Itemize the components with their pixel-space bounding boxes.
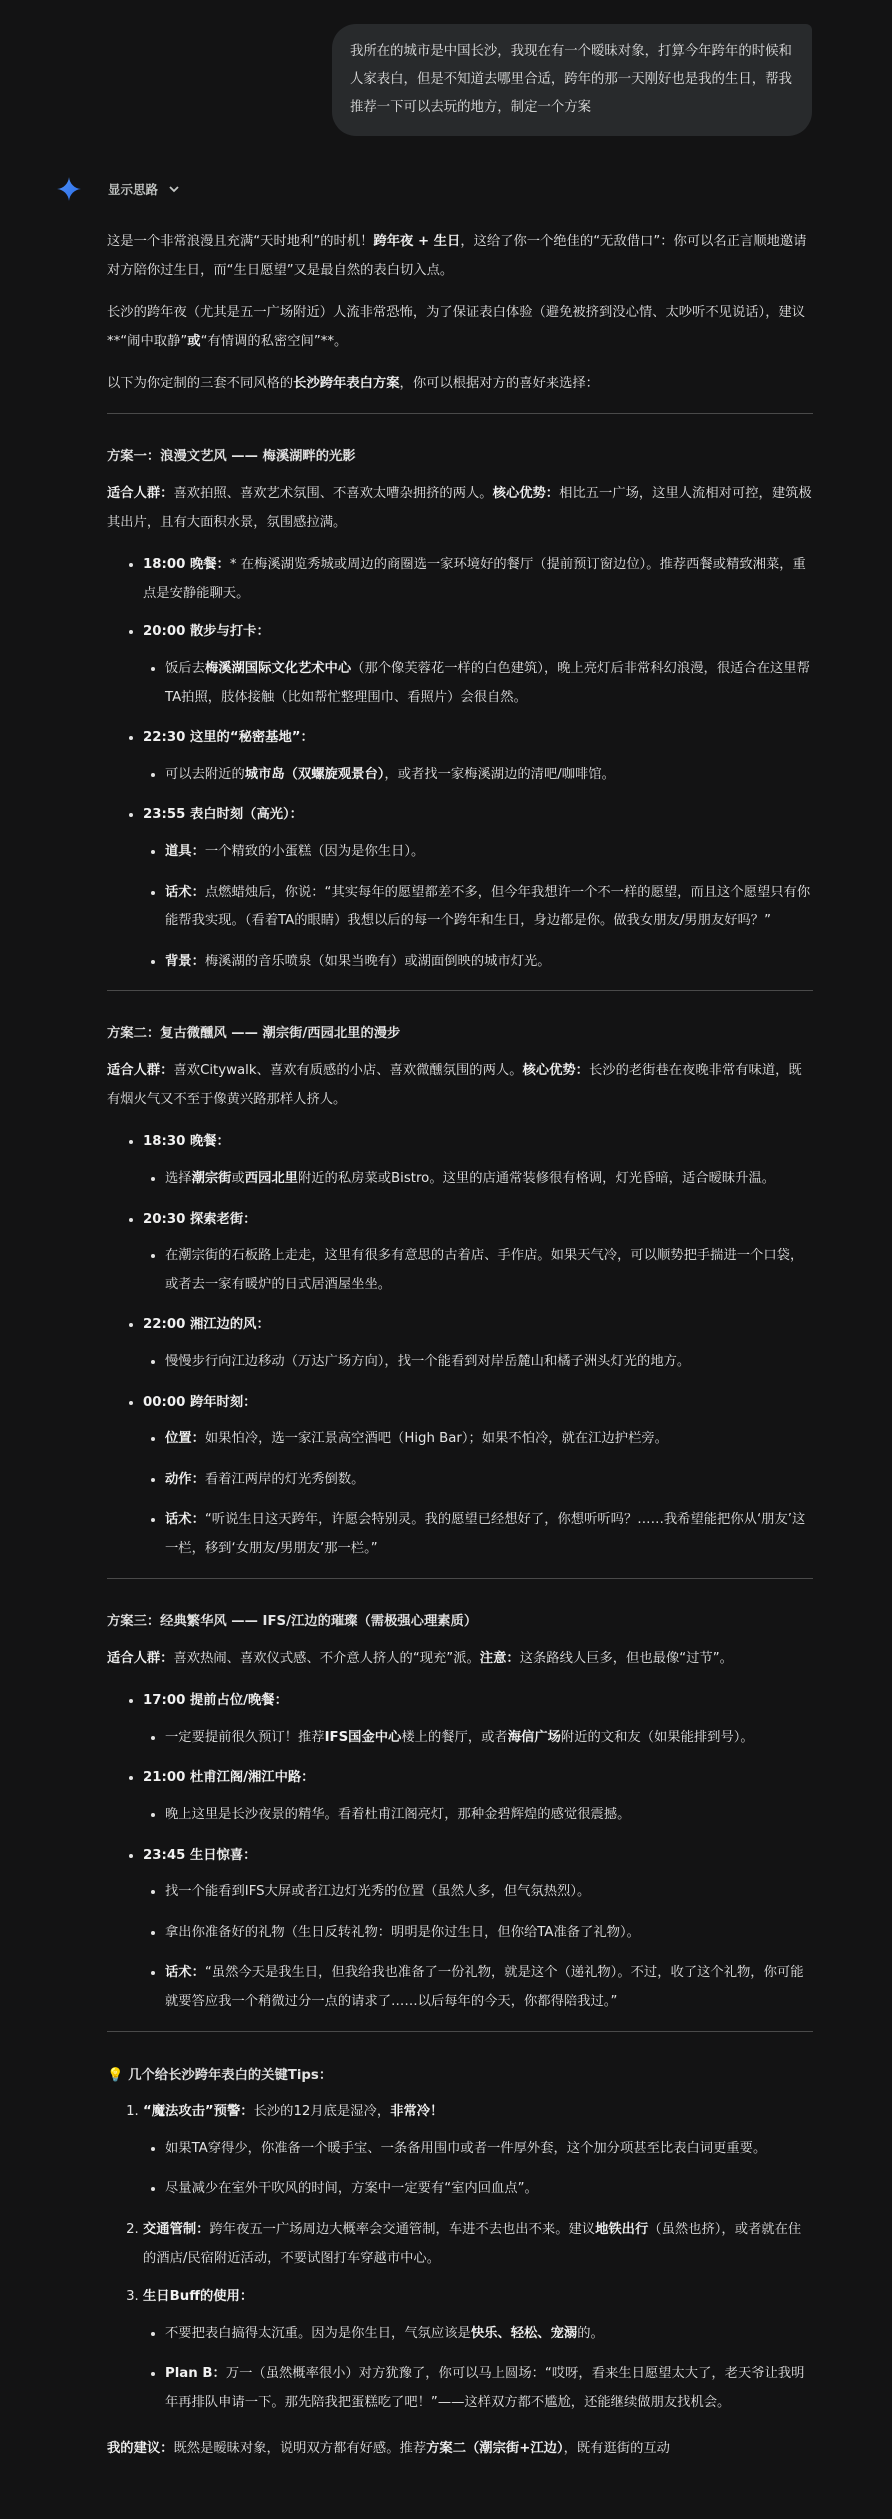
intro-paragraph-3: 以下为你定制的三套不同风格的长沙跨年表白方案，你可以根据对方的喜好来选择： — [107, 370, 813, 399]
show-thoughts-label[interactable]: 显示思路 — [108, 180, 158, 198]
schedule-item: 22:00 湘江边的风：慢慢步行向江边移动（万达广场方向），找一个能看到对岸岳麓… — [143, 1311, 813, 1376]
schedule-item: 22:30 这里的“秘密基地”：可以去附近的城市岛（双螺旋观景台），或者找一家梅… — [143, 724, 813, 789]
sub-list-item: 尽量减少在室外干吹风的时间，方案中一定要有“室内回血点”。 — [165, 2175, 813, 2204]
plan-schedule-list: 18:30 晚餐：选择潮宗街或西园北里附近的私房菜或Bistro。这里的店通常装… — [107, 1128, 813, 1563]
sub-list-item: 背景：梅溪湖的音乐喷泉（如果当晚有）或湖面倒映的城市灯光。 — [165, 948, 813, 977]
plan-section-2: 方案二：复古微醺风 —— 潮宗街/西园北里的漫步适合人群：喜欢Citywalk、… — [107, 1021, 813, 1578]
sub-list: 如果TA穿得少，你准备一个暖手宝、一条备用围巾或者一件厚外套，这个加分项甚至比表… — [143, 2135, 813, 2204]
plan-title: 方案二：复古微醺风 —— 潮宗街/西园北里的漫步 — [107, 1021, 813, 1047]
sub-list-item: 拿出你准备好的礼物（生日反转礼物：明明是你过生日，但你给TA准备了礼物）。 — [165, 1919, 813, 1948]
tips-section: 💡 几个给长沙跨年表白的关键Tips： “魔法攻击”预警：长沙的12月底是湿冷，… — [107, 2062, 813, 2418]
plan-section-3: 方案三：经典繁华风 —— IFS/江边的璀璨（需极强心理素质）适合人群：喜欢热闹… — [107, 1609, 813, 2032]
sub-list: 慢慢步行向江边移动（万达广场方向），找一个能看到对岸岳麓山和橘子洲头灯光的地方。 — [143, 1348, 813, 1377]
sub-list-item: 动作：看着江两岸的灯光秀倒数。 — [165, 1466, 813, 1495]
plan-description: 适合人群：喜欢Citywalk、喜欢有质感的小店、喜欢微醺氛围的两人。核心优势：… — [107, 1057, 813, 1114]
schedule-item: 17:00 提前占位/晚餐：一定要提前很久预订！推荐IFS国金中心楼上的餐厅，或… — [143, 1687, 813, 1752]
divider — [107, 990, 813, 991]
conclusion-paragraph: 我的建议：既然是暧昧对象，说明双方都有好感。推荐方案二（潮宗街+江边），既有逛街… — [107, 2435, 813, 2464]
sub-list: 在潮宗街的石板路上走走，这里有很多有意思的古着店、手作店。如果天气冷，可以顺势把… — [143, 1242, 813, 1299]
schedule-item: 20:00 散步与打卡：饭后去梅溪湖国际文化艺术中心（那个像芙蓉花一样的白色建筑… — [143, 618, 813, 712]
divider — [107, 2031, 813, 2032]
sub-list-item: 话术：“听说生日这天跨年，许愿会特别灵。我的愿望已经想好了，你想听听吗？……我希… — [165, 1506, 813, 1563]
schedule-item: 23:55 表白时刻（高光）：道具：一个精致的小蛋糕（因为是你生日）。话术：点燃… — [143, 801, 813, 976]
sub-list-item: Plan B：万一（虽然概率很小）对方犹豫了，你可以马上圆场：“哎呀，看来生日愿… — [165, 2360, 813, 2417]
tip-item: 生日Buff的使用：不要把表白搞得太沉重。因为是你生日，气氛应该是快乐、轻松、宠… — [143, 2283, 813, 2417]
tip-item: 交通管制：跨年夜五一广场周边大概率会交通管制，车进不去也出不来。建议地铁出行（虽… — [143, 2216, 813, 2273]
sub-list: 找一个能看到IFS大屏或者江边灯光秀的位置（虽然人多，但气氛热烈）。拿出你准备好… — [143, 1878, 813, 2016]
intro-paragraph-1: 这是一个非常浪漫且充满“天时地利”的时机！跨年夜 + 生日，这给了你一个绝佳的“… — [107, 228, 813, 285]
sub-list-item: 饭后去梅溪湖国际文化艺术中心（那个像芙蓉花一样的白色建筑），晚上亮灯后非常科幻浪… — [165, 655, 813, 712]
plan-description: 适合人群：喜欢热闹、喜欢仪式感、不介意人挤人的“现充”派。注意：这条路线人巨多，… — [107, 1645, 813, 1674]
lightbulb-icon: 💡 — [107, 2068, 124, 2083]
sub-list-item: 位置：如果怕冷，选一家江景高空酒吧（High Bar）；如果不怕冷，就在江边护栏… — [165, 1425, 813, 1454]
sub-list-item: 找一个能看到IFS大屏或者江边灯光秀的位置（虽然人多，但气氛热烈）。 — [165, 1878, 813, 1907]
intro-paragraph-2: 长沙的跨年夜（尤其是五一广场附近）人流非常恐怖，为了保证表白体验（避免被挤到没心… — [107, 299, 813, 356]
plan-description: 适合人群：喜欢拍照、喜欢艺术氛围、不喜欢太嘈杂拥挤的两人。核心优势：相比五一广场… — [107, 480, 813, 537]
sub-list-item: 可以去附近的城市岛（双螺旋观景台），或者找一家梅溪湖边的清吧/咖啡馆。 — [165, 761, 813, 790]
sub-list: 饭后去梅溪湖国际文化艺术中心（那个像芙蓉花一样的白色建筑），晚上亮灯后非常科幻浪… — [143, 655, 813, 712]
sub-list: 位置：如果怕冷，选一家江景高空酒吧（High Bar）；如果不怕冷，就在江边护栏… — [143, 1425, 813, 1563]
sub-list-item: 慢慢步行向江边移动（万达广场方向），找一个能看到对岸岳麓山和橘子洲头灯光的地方。 — [165, 1348, 813, 1377]
schedule-item: 00:00 跨年时刻：位置：如果怕冷，选一家江景高空酒吧（High Bar）；如… — [143, 1389, 813, 1564]
assistant-response: 这是一个非常浪漫且充满“天时地利”的时机！跨年夜 + 生日，这给了你一个绝佳的“… — [107, 228, 813, 2478]
divider — [107, 413, 813, 414]
sub-list-item: 如果TA穿得少，你准备一个暖手宝、一条备用围巾或者一件厚外套，这个加分项甚至比表… — [165, 2135, 813, 2164]
divider — [107, 1578, 813, 1579]
sub-list: 一定要提前很久预订！推荐IFS国金中心楼上的餐厅，或者海信广场附近的文和友（如果… — [143, 1724, 813, 1753]
plan-title: 方案一：浪漫文艺风 —— 梅溪湖畔的光影 — [107, 444, 813, 470]
schedule-item: 20:30 探索老街：在潮宗街的石板路上走走，这里有很多有意思的古着店、手作店。… — [143, 1206, 813, 1300]
sub-list-item: 道具：一个精致的小蛋糕（因为是你生日）。 — [165, 838, 813, 867]
tip-item: “魔法攻击”预警：长沙的12月底是湿冷，非常冷！如果TA穿得少，你准备一个暖手宝… — [143, 2098, 813, 2204]
user-message-text: 我所在的城市是中国长沙，我现在有一个暧昧对象，打算今年跨年的时候和人家表白，但是… — [350, 44, 792, 115]
schedule-item: 21:00 杜甫江阁/湘江中路：晚上这里是长沙夜景的精华。看着杜甫江阁亮灯，那种… — [143, 1764, 813, 1829]
user-message-bubble: 我所在的城市是中国长沙，我现在有一个暧昧对象，打算今年跨年的时候和人家表白，但是… — [332, 24, 812, 136]
sub-list: 可以去附近的城市岛（双螺旋观景台），或者找一家梅溪湖边的清吧/咖啡馆。 — [143, 761, 813, 790]
sub-list: 不要把表白搞得太沉重。因为是你生日，气氛应该是快乐、轻松、宠溺的。Plan B：… — [143, 2320, 813, 2418]
sub-list: 晚上这里是长沙夜景的精华。看着杜甫江阁亮灯，那种金碧辉煌的感觉很震撼。 — [143, 1801, 813, 1830]
schedule-item: 23:45 生日惊喜：找一个能看到IFS大屏或者江边灯光秀的位置（虽然人多，但气… — [143, 1842, 813, 2017]
chevron-down-icon[interactable] — [168, 183, 180, 195]
sub-list-item: 选择潮宗街或西园北里附近的私房菜或Bistro。这里的店通常装修很有格调，灯光昏… — [165, 1165, 813, 1194]
tips-list: “魔法攻击”预警：长沙的12月底是湿冷，非常冷！如果TA穿得少，你准备一个暖手宝… — [107, 2098, 813, 2417]
plan-section-1: 方案一：浪漫文艺风 —— 梅溪湖畔的光影适合人群：喜欢拍照、喜欢艺术氛围、不喜欢… — [107, 444, 813, 991]
sub-list-item: 晚上这里是长沙夜景的精华。看着杜甫江阁亮灯，那种金碧辉煌的感觉很震撼。 — [165, 1801, 813, 1830]
sub-list-item: 话术：“虽然今天是我生日，但我给我也准备了一份礼物，就是这个（递礼物）。不过，收… — [165, 1959, 813, 2016]
plan-schedule-list: 17:00 提前占位/晚餐：一定要提前很久预订！推荐IFS国金中心楼上的餐厅，或… — [107, 1687, 813, 2016]
sub-list: 道具：一个精致的小蛋糕（因为是你生日）。话术：点燃蜡烛后，你说：“其实每年的愿望… — [143, 838, 813, 976]
plan-schedule-list: 18:00 晚餐：* 在梅溪湖览秀城或周边的商圈选一家环境好的餐厅（提前预订窗边… — [107, 551, 813, 976]
schedule-item: 18:30 晚餐：选择潮宗街或西园北里附近的私房菜或Bistro。这里的店通常装… — [143, 1128, 813, 1193]
sub-list-item: 一定要提前很久预订！推荐IFS国金中心楼上的餐厅，或者海信广场附近的文和友（如果… — [165, 1724, 813, 1753]
sub-list: 选择潮宗街或西园北里附近的私房菜或Bistro。这里的店通常装修很有格调，灯光昏… — [143, 1165, 813, 1194]
show-thoughts-toggle[interactable]: 显示思路 — [56, 176, 180, 202]
sub-list-item: 在潮宗街的石板路上走走，这里有很多有意思的古着店、手作店。如果天气冷，可以顺势把… — [165, 1242, 813, 1299]
gemini-spark-icon — [56, 176, 82, 202]
schedule-item: 18:00 晚餐：* 在梅溪湖览秀城或周边的商圈选一家环境好的餐厅（提前预订窗边… — [143, 551, 813, 608]
sub-list-item: 不要把表白搞得太沉重。因为是你生日，气氛应该是快乐、轻松、宠溺的。 — [165, 2320, 813, 2349]
plan-title: 方案三：经典繁华风 —— IFS/江边的璀璨（需极强心理素质） — [107, 1609, 813, 1635]
sub-list-item: 话术：点燃蜡烛后，你说：“其实每年的愿望都差不多，但今年我想许一个不一样的愿望，… — [165, 879, 813, 936]
